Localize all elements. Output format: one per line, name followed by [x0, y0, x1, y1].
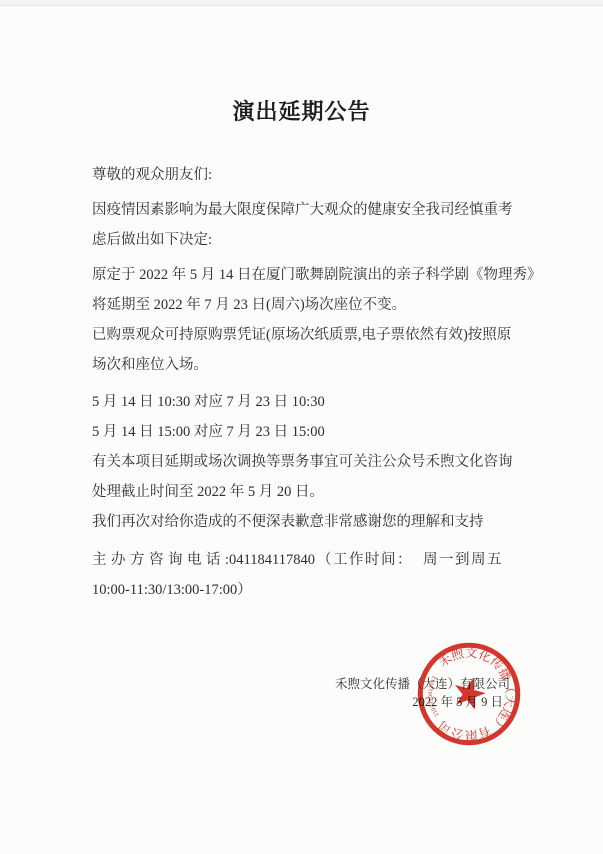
announcement-document: 演出延期公告 尊敬的观众朋友们: 因疫情因素影响为最大限度保障广大观众的健康安全… [0, 0, 603, 854]
body-line: 虑后做出如下决定: [92, 225, 512, 255]
body-line: 5 月 14 日 15:00 对应 7 月 23 日 15:00 [92, 417, 512, 447]
body-line: 有关本项目延期或场次调换等票务事宜可关注公众号禾煦文化咨询 [92, 447, 512, 477]
body-line: 将延期至 2022 年 7 月 23 日(周六)场次座位不变。 [92, 290, 512, 320]
work-days: 周一到周五 [423, 552, 503, 568]
document-body: 尊敬的观众朋友们: 因疫情因素影响为最大限度保障广大观众的健康安全我司经慎重考 … [92, 160, 512, 605]
body-line: 我们再次对给你造成的不便深表歉意非常感谢您的理解和支持 [92, 507, 512, 537]
work-time-label: （工作时间： [317, 552, 413, 568]
signature-date: 2022 年 5 月 9 日 [0, 694, 510, 712]
body-line: 5 月 14 日 10:30 对应 7 月 23 日 10:30 [92, 387, 512, 417]
body-line: 场次和座位入场。 [92, 350, 512, 380]
phone-number: :041184117840 [225, 552, 315, 568]
phone-label: 主办方咨询电话 [92, 552, 225, 568]
body-line: 尊敬的观众朋友们: [92, 160, 512, 190]
page-top-band [0, 0, 603, 6]
signature-company: 禾煦文化传播（大连）有限公司 [0, 676, 510, 694]
body-line: 因疫情因素影响为最大限度保障广大观众的健康安全我司经慎重考 [92, 195, 512, 225]
page-title: 演出延期公告 [0, 95, 603, 126]
work-hours-line: 10:00-11:30/13:00-17:00） [92, 575, 512, 605]
body-line: 原定于 2022 年 5 月 14 日在厦门歌舞剧院演出的亲子科学剧《物理秀》 [92, 260, 512, 290]
signature-block: 禾煦文化传播（大连）有限公司 2022 年 5 月 9 日 [0, 676, 510, 711]
body-line: 处理截止时间至 2022 年 5 月 20 日。 [92, 477, 512, 507]
phone-line: 主办方咨询电话:041184117840（工作时间：周一到周五 [92, 545, 512, 575]
body-line: 已购票观众可持原购票凭证(原场次纸质票,电子票依然有效)按照原 [92, 320, 512, 350]
